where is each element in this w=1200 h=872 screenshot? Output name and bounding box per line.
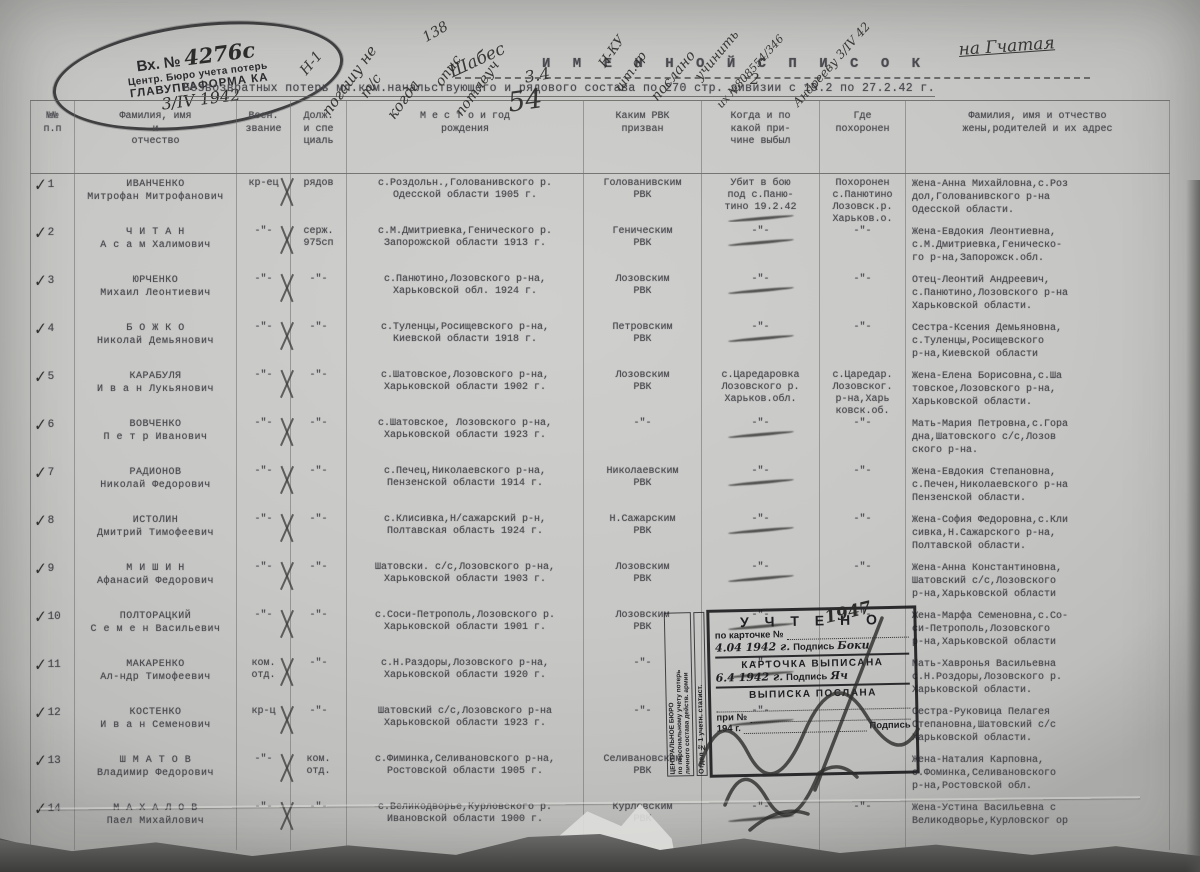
rank-cell: -"-: [237, 366, 291, 414]
family-cell: Жена-Евдокия Степановна, с.Печен,Николае…: [906, 462, 1170, 510]
rank-cell: -"-: [237, 462, 291, 510]
duty-cell: -"-: [291, 270, 347, 318]
col-header-number: №№ п.п: [30, 101, 75, 173]
table-row: ✓ 7 РАДИОНОВ Николай Федорович -"- -"- с…: [30, 462, 1170, 510]
rank-cell: -"-: [237, 222, 291, 270]
buried-cell: -"-: [820, 414, 906, 462]
buried-cell: -"-: [820, 318, 906, 366]
checkmark: ✓: [32, 466, 47, 481]
rvk-cell: Лозовским РВК: [584, 366, 702, 414]
col-header-buried: Где похоронен: [820, 101, 906, 173]
family-cell: Мать-Хавронья Васильевна с.Н.Роздоры,Лоз…: [906, 654, 1170, 702]
family-cell: Жена-София Федоровна,с.Кли сивка,Н.Сажар…: [906, 510, 1170, 558]
duty-cell: -"-: [291, 654, 347, 702]
row-number: 10: [48, 611, 61, 623]
row-number: 6: [48, 419, 55, 431]
rank-cell: -"-: [237, 510, 291, 558]
when-lost-cell: Убит в бою под с.Паню- тино 19.2.42: [702, 174, 820, 222]
duty-cell: серж. 975сп: [291, 222, 347, 270]
duty-cell: -"-: [291, 414, 347, 462]
casualty-table: №№ п.п Фамилия, имя и отчество Воен. зва…: [30, 100, 1170, 850]
accounting-stamp-org: ЦЕНТРАЛЬНОЕ БЮРО по персональному учету …: [664, 612, 694, 777]
table-row: ✓ 3 ЮРЧЕНКО Михаил Леонтиевич -"- -"- с.…: [30, 270, 1170, 318]
row-number-cell: ✓ 11: [30, 654, 75, 702]
birthplace-cell: с.Фиминка,Селивановского р-на, Ростовско…: [347, 750, 584, 798]
col-header-family: Фамилия, имя и отчество жены,родителей и…: [906, 101, 1170, 173]
name-cell: ИСТОЛИН Дмитрий Тимофеевич: [75, 510, 237, 558]
when-lost-cell: с.Царедаровка Лозовского р. Харьков.обл.: [702, 366, 820, 414]
duty-cell: -"-: [291, 462, 347, 510]
family-cell: Жена-Марфа Семеновна,с.Со- си-Петрополь,…: [906, 606, 1170, 654]
checkmark: ✓: [32, 274, 47, 289]
rvk-cell: Геническим РВК: [584, 222, 702, 270]
duty-cell: рядов: [291, 174, 347, 222]
signature-value2: Яч: [830, 669, 848, 682]
dotted-line4: [744, 720, 867, 734]
name-cell: ВОВЧЕНКО П е т р Иванович: [75, 414, 237, 462]
table-row: ✓ 10 ПОЛТОРАЦКИЙ С е м е н Васильевич -"…: [30, 606, 1170, 654]
table-row: ✓ 12 КОСТЕНКО И в а н Семенович кр-ц -"-…: [30, 702, 1170, 750]
rank-cell: -"-: [237, 414, 291, 462]
name-cell: Б О Ж К О Николай Демьянович: [75, 318, 237, 366]
birthplace-cell: с.Печец,Николаевского р-на, Пензенской о…: [347, 462, 584, 510]
card-issued-date: 6.4 1942 г.: [716, 670, 784, 684]
checkmark: ✓: [32, 178, 47, 193]
rank-cell: кр-ц: [237, 702, 291, 750]
when-lost-cell: -"-: [702, 462, 820, 510]
birthplace-cell: с.М.Дмитриевка,Генического р. Запорожско…: [347, 222, 584, 270]
duty-cell: -"-: [291, 558, 347, 606]
family-cell: Жена-Елена Борисовна,с.Ша товское,Лозовс…: [906, 366, 1170, 414]
rank-cell: -"-: [237, 318, 291, 366]
family-cell: Жена-Анна Константиновна, Шатовский с/с,…: [906, 558, 1170, 606]
duty-cell: ком. отд.: [291, 750, 347, 798]
signature-value: Боки: [837, 638, 869, 652]
checkmark: ✓: [32, 754, 47, 769]
when-lost-cell: -"-: [702, 558, 820, 606]
signature-label: Подпись: [793, 641, 834, 653]
birthplace-cell: с.Соси-Петрополь,Лозовского р. Харьковск…: [347, 606, 584, 654]
rank-cell: -"-: [237, 558, 291, 606]
birthplace-cell: с.Панютино,Лозовского р-на, Харьковской …: [347, 270, 584, 318]
family-cell: Мать-Мария Петровна,с.Гора дна,Шатовског…: [906, 414, 1170, 462]
birthplace-cell: с.Клисивка,Н/сажарский р-н, Полтавская о…: [347, 510, 584, 558]
table-row: ✓ 13 Ш М А Т О В Владимир Федорович -"- …: [30, 750, 1170, 798]
rvk-cell: Н.Сажарским РВК: [584, 510, 702, 558]
when-lost-cell: -"-: [702, 318, 820, 366]
buried-cell: -"-: [820, 510, 906, 558]
checkmark: ✓: [32, 226, 47, 241]
checkmark: ✓: [32, 706, 47, 721]
checkmark: ✓: [32, 418, 47, 433]
row-number-cell: ✓ 7: [30, 462, 75, 510]
col-header-rank: Воен. звание: [237, 101, 291, 173]
family-cell: Отец-Леонтий Андреевич, с.Панютино,Лозов…: [906, 270, 1170, 318]
year-blank: 194 г.: [717, 723, 741, 735]
duty-cell: -"-: [291, 318, 347, 366]
rvk-cell: Лозовским РВК: [584, 558, 702, 606]
col-header-name: Фамилия, имя и отчество: [75, 101, 237, 173]
table-row: ✓ 2 Ч И Т А Н А с а м Халимович -"- серж…: [30, 222, 1170, 270]
buried-cell: с.Царедар. Лозовског. р-на,Харь ковск.об…: [820, 366, 906, 414]
signature-label3: Подпись: [869, 720, 910, 732]
table-row: ✓ 11 МАКАРЕНКО Ал-ндр Тимофеевич ком. от…: [30, 654, 1170, 702]
birthplace-cell: с.Туленцы,Росищевского р-на, Киевской об…: [347, 318, 584, 366]
handwritten-note: на Гчатая: [958, 33, 1055, 60]
buried-cell: -"-: [820, 462, 906, 510]
when-lost-cell: -"-: [702, 270, 820, 318]
handwritten-note: 54: [506, 83, 544, 118]
family-cell: Жена-Евдокия Леонтиевна, с.М.Дмитриевка,…: [906, 222, 1170, 270]
accounting-stamp: ЦЕНТРАЛЬНОЕ БЮРО по персональному учету …: [664, 605, 924, 780]
buried-cell: -"-: [820, 222, 906, 270]
row-number: 11: [48, 659, 61, 671]
table-row: ✓ 1 ИВАНЧЕНКО Митрофан Митрофанович кр-е…: [30, 174, 1170, 222]
pri-number-label: при №: [716, 712, 747, 724]
family-cell: Жена-Анна Михайловна,с.Роз дол,Голованив…: [906, 174, 1170, 222]
row-number-cell: ✓ 6: [30, 414, 75, 462]
table-header-row: №№ п.п Фамилия, имя и отчество Воен. зва…: [30, 100, 1170, 174]
birthplace-cell: с.Н.Раздоры,Лозовского р-на, Харьковской…: [347, 654, 584, 702]
card-date-value: 4.04 1942 г.: [715, 640, 790, 655]
name-cell: ПОЛТОРАЦКИЙ С е м е н Васильевич: [75, 606, 237, 654]
table-row: ✓ 4 Б О Ж К О Николай Демьянович -"- -"-…: [30, 318, 1170, 366]
buried-cell: -"-: [820, 270, 906, 318]
row-number: 13: [48, 755, 61, 767]
duty-cell: -"-: [291, 510, 347, 558]
birthplace-cell: Шатовский с/с,Лозовского р-на Харьковско…: [347, 702, 584, 750]
right-edge-shadow: [1186, 180, 1200, 872]
birthplace-cell: с.Шатовское,Лозовского р-на, Харьковской…: [347, 366, 584, 414]
checkmark: ✓: [32, 658, 47, 673]
checkmark: ✓: [32, 562, 47, 577]
birthplace-cell: с.Роздольн.,Голованивского р. Одесской о…: [347, 174, 584, 222]
accounting-stamp-side: ЦЕНТРАЛЬНОЕ БЮРО по персональному учету …: [664, 612, 707, 777]
name-cell: ЮРЧЕНКО Михаил Леонтиевич: [75, 270, 237, 318]
row-number: 1: [48, 179, 55, 191]
handwritten-note: 2: [750, 70, 760, 88]
row-number: 12: [48, 707, 61, 719]
table-row: ✓ 8 ИСТОЛИН Дмитрий Тимофеевич -"- -"- с…: [30, 510, 1170, 558]
rank-cell: -"-: [237, 606, 291, 654]
name-cell: МАКАРЕНКО Ал-ндр Тимофеевич: [75, 654, 237, 702]
row-number-cell: ✓ 3: [30, 270, 75, 318]
duty-cell: -"-: [291, 606, 347, 654]
buried-cell: Похоронен с.Панютино Лозовск.р. Харьков.…: [820, 174, 906, 222]
name-cell: КОСТЕНКО И в а н Семенович: [75, 702, 237, 750]
family-cell: Сестра-Ксения Демьяновна, с.Туленцы,Роси…: [906, 318, 1170, 366]
family-cell: Жена-Устина Васильевна с Великодворье,Ку…: [906, 798, 1170, 850]
rank-cell: ком. отд.: [237, 654, 291, 702]
duty-cell: -"-: [291, 366, 347, 414]
table-row: ✓ 9 М И Ш И Н Афанасий Федорович -"- -"-…: [30, 558, 1170, 606]
row-number-cell: ✓ 2: [30, 222, 75, 270]
name-cell: РАДИОНОВ Николай Федорович: [75, 462, 237, 510]
signature-label2: Подпись: [786, 671, 827, 683]
when-lost-cell: -"-: [702, 222, 820, 270]
row-number: 8: [48, 515, 55, 527]
name-cell: КАРАБУЛЯ И в а н Лукьянович: [75, 366, 237, 414]
row-number-cell: ✓ 4: [30, 318, 75, 366]
family-cell: Сестра-Руковица Пелагея Степановна,Шатов…: [906, 702, 1170, 750]
row-number: 2: [48, 227, 55, 239]
row-number-cell: ✓ 10: [30, 606, 75, 654]
row-number-cell: ✓ 9: [30, 558, 75, 606]
scanned-document-page: Вх. № 4276с Центр. Бюро учета потерь ГЛА…: [0, 0, 1200, 872]
birthplace-cell: с.Шатовское, Лозовского р-на, Харьковско…: [347, 414, 584, 462]
rvk-cell: Лозовским РВК: [584, 270, 702, 318]
checkmark: ✓: [32, 322, 47, 337]
checkmark: ✓: [32, 370, 47, 385]
row-number-cell: ✓ 13: [30, 750, 75, 798]
row-number-cell: ✓ 1: [30, 174, 75, 222]
row-number-cell: ✓ 12: [30, 702, 75, 750]
name-cell: М И Ш И Н Афанасий Федорович: [75, 558, 237, 606]
handwritten-note: 138: [420, 19, 451, 46]
table-row: ✓ 5 КАРАБУЛЯ И в а н Лукьянович -"- -"- …: [30, 366, 1170, 414]
buried-cell: -"-: [820, 798, 906, 850]
name-cell: Ш М А Т О В Владимир Федорович: [75, 750, 237, 798]
duty-cell: -"-: [291, 702, 347, 750]
checkmark: ✓: [32, 514, 47, 529]
rank-cell: -"-: [237, 270, 291, 318]
birthplace-cell: Шатовски. с/с,Лозовского р-на, Харьковск…: [347, 558, 584, 606]
col-header-duty: Долж. и спе циаль: [291, 101, 347, 173]
col-header-rvk: Каким РВК призван: [584, 101, 702, 173]
rank-cell: -"-: [237, 750, 291, 798]
row-number: 5: [48, 371, 55, 383]
row-number: 3: [48, 275, 55, 287]
row-number-cell: ✓ 14: [30, 798, 75, 850]
family-cell: Жена-Наталия Карповна, с.Фоминка,Селиван…: [906, 750, 1170, 798]
accounting-stamp-box: У Ч Т Е Н О по карточке № 4.04 1942 г. П…: [706, 605, 919, 777]
rvk-cell: -"-: [584, 414, 702, 462]
row-number: 4: [48, 323, 55, 335]
rvk-cell: Петровским РВК: [584, 318, 702, 366]
name-cell: Ч И Т А Н А с а м Халимович: [75, 222, 237, 270]
name-cell: ИВАНЧЕНКО Митрофан Митрофанович: [75, 174, 237, 222]
when-lost-cell: -"-: [702, 510, 820, 558]
rvk-cell: Голованивским РВК: [584, 174, 702, 222]
when-lost-cell: -"-: [702, 414, 820, 462]
rank-cell: кр-ец: [237, 174, 291, 222]
paper-sheet: Вх. № 4276с Центр. Бюро учета потерь ГЛА…: [0, 0, 1200, 872]
row-number: 9: [48, 563, 55, 575]
col-header-when-lost: Когда и по какой при- чине выбыл: [702, 101, 820, 173]
accounting-stamp-dept: Отдел № 1 учетн. статист.: [693, 612, 707, 776]
row-number-cell: ✓ 5: [30, 366, 75, 414]
table-body: ✓ 1 ИВАНЧЕНКО Митрофан Митрофанович кр-е…: [30, 174, 1170, 850]
row-number: 7: [48, 467, 55, 479]
checkmark: ✓: [32, 610, 47, 625]
row-number-cell: ✓ 8: [30, 510, 75, 558]
rvk-cell: Николаевским РВК: [584, 462, 702, 510]
table-row: ✓ 6 ВОВЧЕНКО П е т р Иванович -"- -"- с.…: [30, 414, 1170, 462]
